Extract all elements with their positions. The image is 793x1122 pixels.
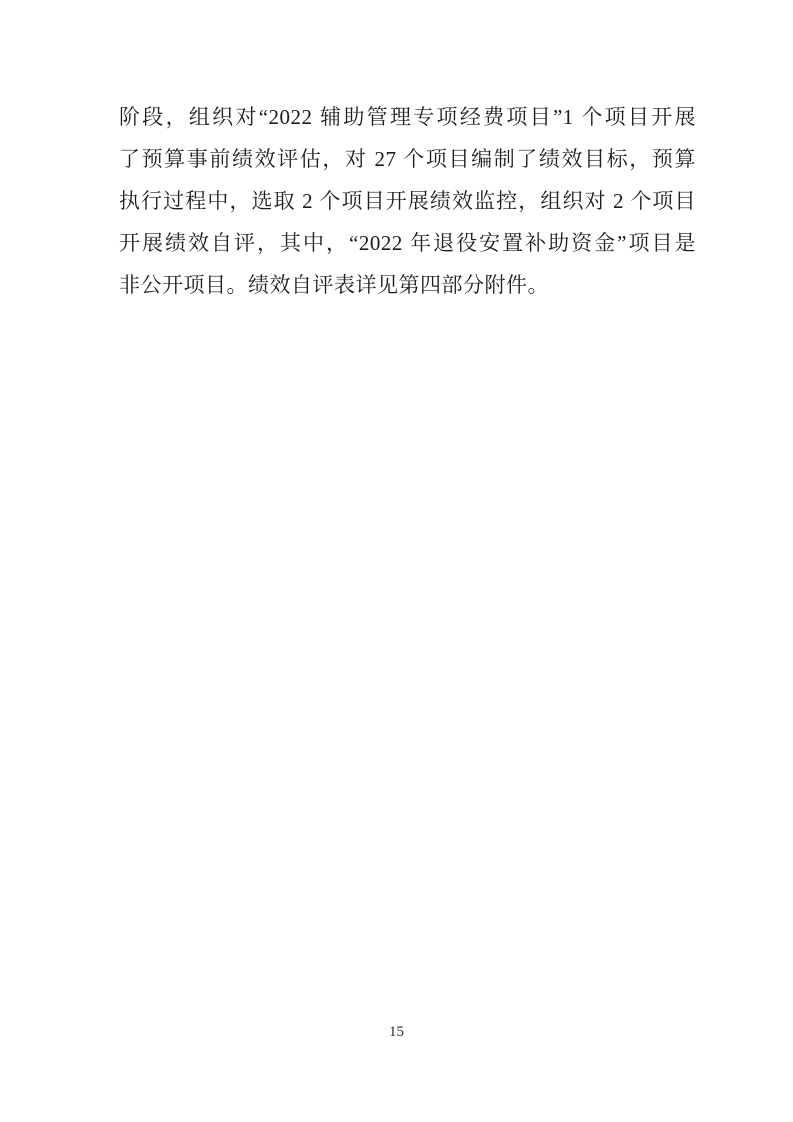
- paragraph-line: 开展绩效自评，其中，“2022 年退役安置补助资金”项目是: [119, 222, 696, 264]
- document-page: 阶段，组织对“2022 辅助管理专项经费项目”1 个项目开展 了预算事前绩效评估…: [0, 0, 793, 1122]
- paragraph-line: 执行过程中，选取 2 个项目开展绩效监控，组织对 2 个项目: [119, 180, 696, 222]
- body-paragraph: 阶段，组织对“2022 辅助管理专项经费项目”1 个项目开展 了预算事前绩效评估…: [119, 96, 696, 306]
- paragraph-line: 阶段，组织对“2022 辅助管理专项经费项目”1 个项目开展: [119, 96, 696, 138]
- paragraph-line: 了预算事前绩效评估，对 27 个项目编制了绩效目标，预算: [119, 138, 696, 180]
- page-number: 15: [0, 1023, 793, 1041]
- paragraph-line: 非公开项目。绩效自评表详见第四部分附件。: [119, 264, 696, 306]
